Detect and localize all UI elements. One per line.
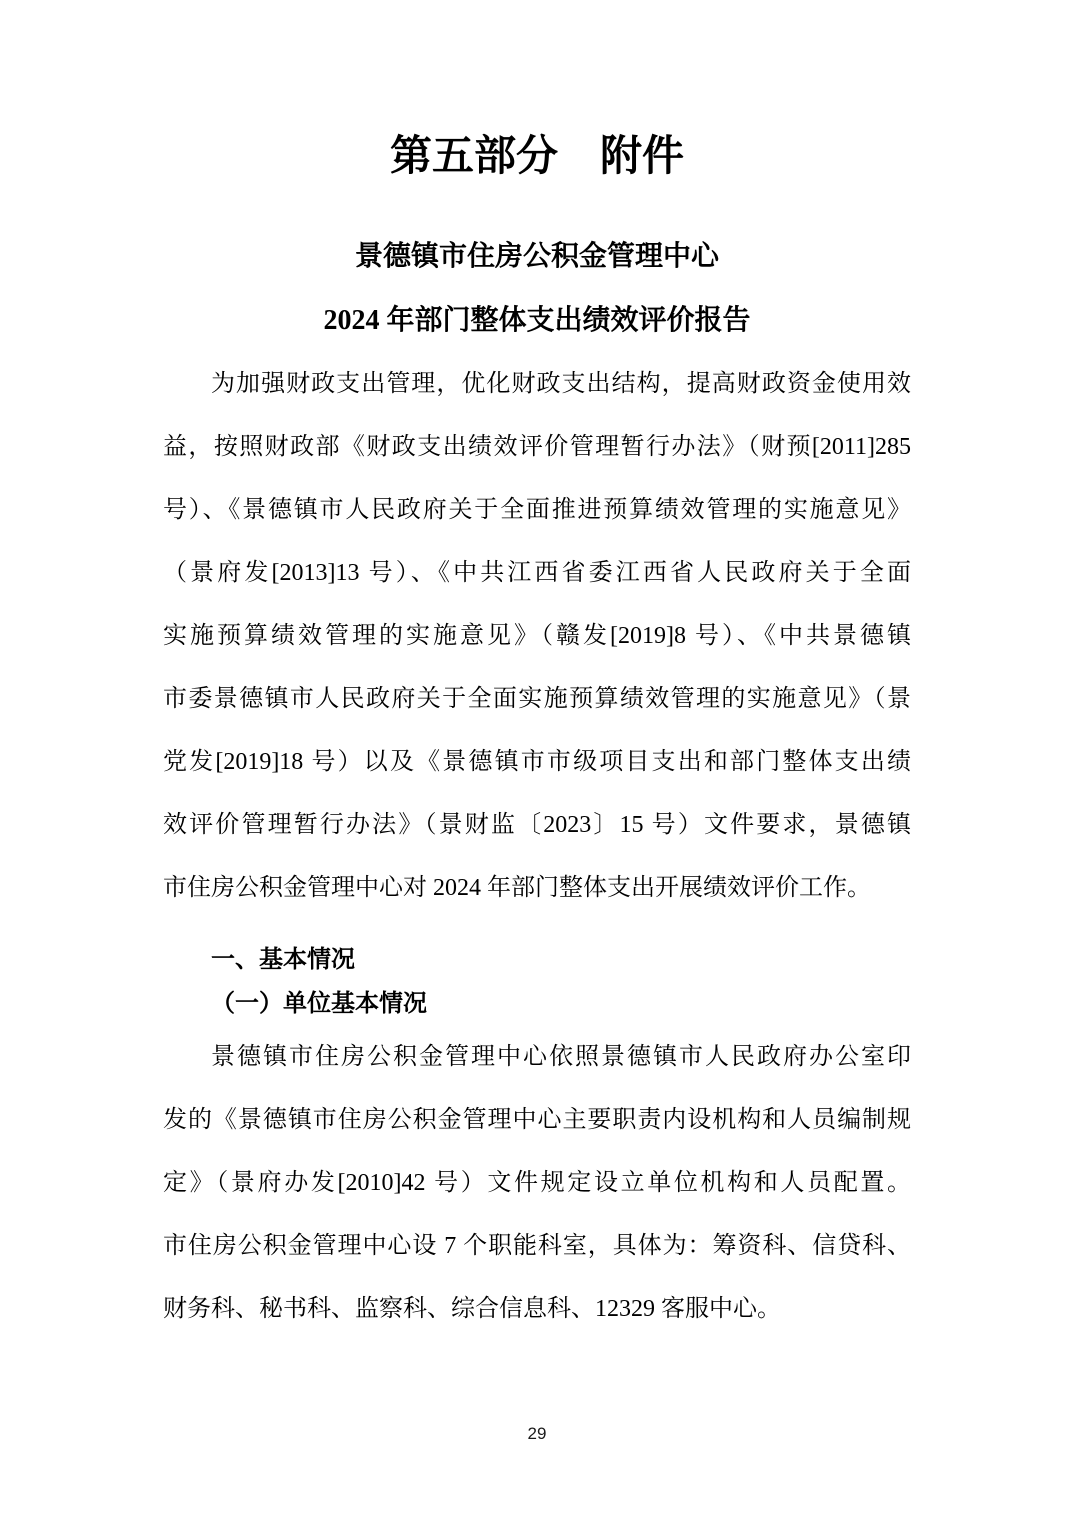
paragraph-line: 号）、《景德镇市人民政府关于全面推进预算绩效管理的实施意见》: [163, 479, 911, 542]
document-title: 第五部分 附件: [163, 132, 911, 182]
paragraph-line: 效评价管理暂行办法》（景财监〔2023〕15 号）文件要求，景德镇: [163, 794, 911, 857]
paragraph-line: 财务科、秘书科、监察科、综合信息科、12329 客服中心。: [163, 1278, 911, 1341]
paragraph-line: （景府发[2013]13 号）、《中共江西省委江西省人民政府关于全面: [163, 542, 911, 605]
paragraph-line: 市委景德镇市人民政府关于全面实施预算绩效管理的实施意见》（景: [163, 668, 911, 731]
report-title-heading: 2024 年部门整体支出绩效评价报告: [163, 289, 911, 353]
paragraph-line: 党发[2019]18 号）以及《景德镇市市级项目支出和部门整体支出绩: [163, 731, 911, 794]
paragraph-line: 为加强财政支出管理，优化财政支出结构，提高财政资金使用效: [163, 353, 911, 416]
section-heading-unit-basic-info: （一）单位基本情况: [163, 982, 911, 1026]
paragraph-line: 益，按照财政部《财政支出绩效评价管理暂行办法》（财预[2011]285: [163, 416, 911, 479]
document-page: 第五部分 附件 景德镇市住房公积金管理中心 2024 年部门整体支出绩效评价报告…: [0, 0, 1074, 1520]
paragraph-line: 定》（景府办发[2010]42 号）文件规定设立单位机构和人员配置。: [163, 1152, 911, 1215]
paragraph-line: 市住房公积金管理中心对 2024 年部门整体支出开展绩效评价工作。: [163, 857, 911, 920]
paragraph-line: 景德镇市住房公积金管理中心依照景德镇市人民政府办公室印: [163, 1026, 911, 1089]
paragraph-line: 实施预算绩效管理的实施意见》（赣发[2019]8 号）、《中共景德镇: [163, 605, 911, 668]
paragraph-line: 市住房公积金管理中心设 7 个职能科室，具体为：筹资科、信贷科、: [163, 1215, 911, 1278]
org-name-heading: 景德镇市住房公积金管理中心: [163, 225, 911, 289]
page-number: 29: [0, 1424, 1074, 1444]
unit-overview-paragraph: 景德镇市住房公积金管理中心依照景德镇市人民政府办公室印 发的《景德镇市住房公积金…: [163, 1026, 911, 1341]
intro-paragraph: 为加强财政支出管理，优化财政支出结构，提高财政资金使用效 益，按照财政部《财政支…: [163, 353, 911, 920]
section-heading-basic-info: 一、基本情况: [163, 938, 911, 982]
paragraph-line: 发的《景德镇市住房公积金管理中心主要职责内设机构和人员编制规: [163, 1089, 911, 1152]
